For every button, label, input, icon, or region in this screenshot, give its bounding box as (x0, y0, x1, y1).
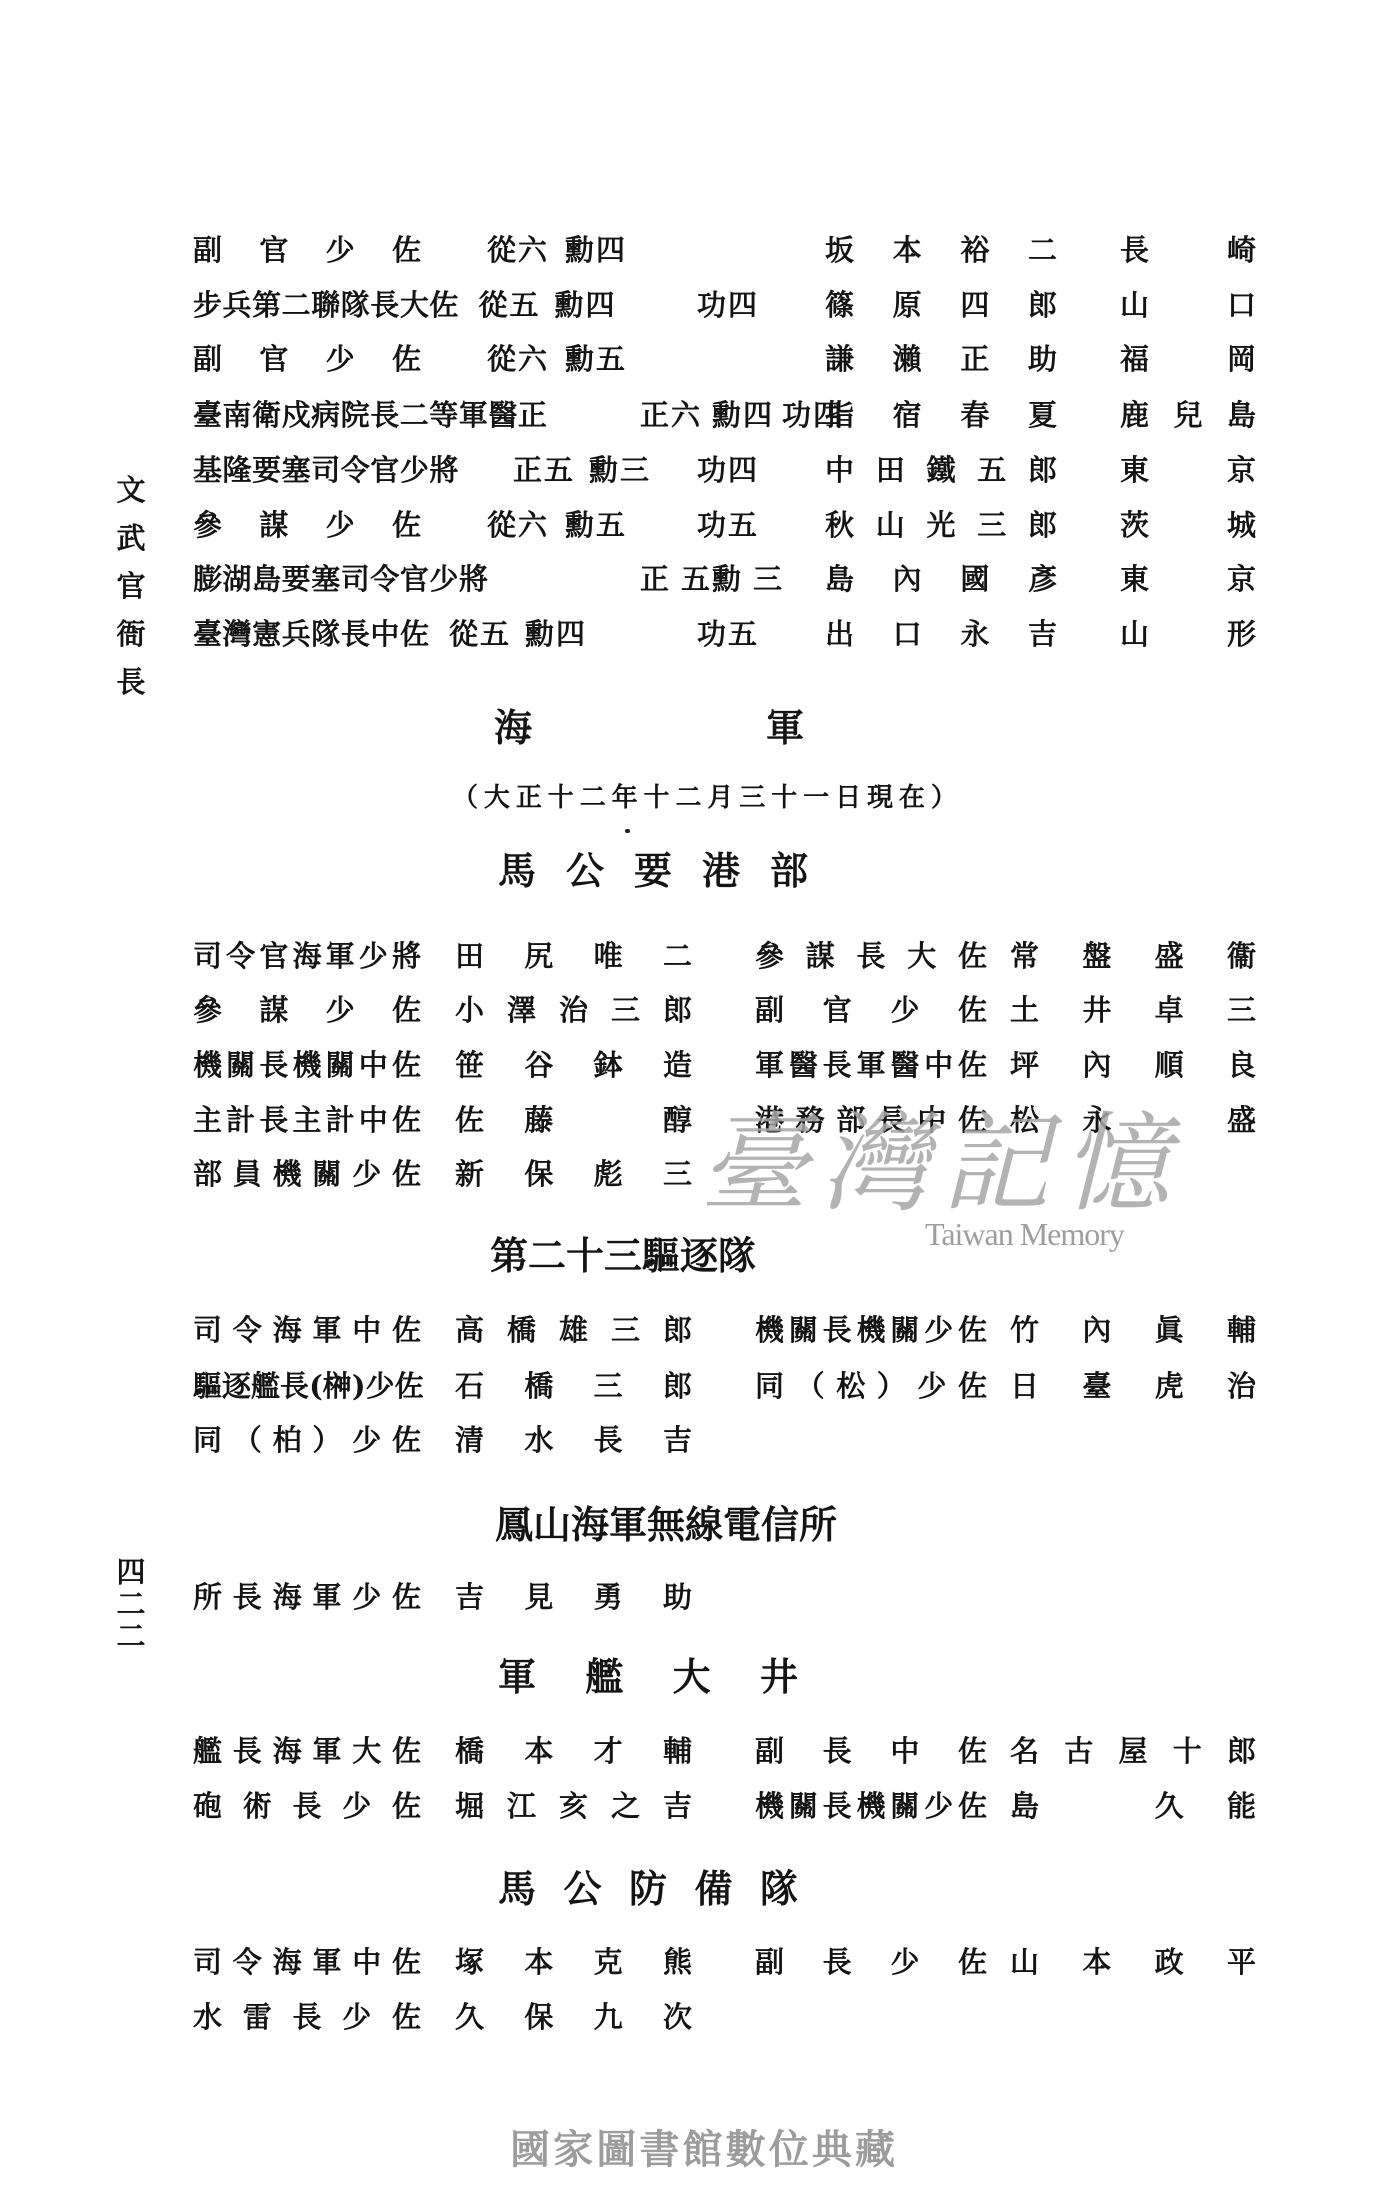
officer-name-char: 名 (1010, 1734, 1039, 1768)
officer-title-char: 謀 (259, 508, 288, 542)
officer-name-char: 熊 (663, 1945, 692, 1979)
home-prefecture-char: 崎 (1227, 233, 1256, 267)
officer-name-char: 佐 (455, 1103, 484, 1137)
officer-title-char: 灣 (223, 617, 252, 651)
officer-title-char: 關 (312, 1157, 341, 1191)
order-of-merit-char: 五 (596, 508, 625, 542)
officer-title-char: 將 (429, 453, 458, 487)
navy-officer-row: 機關長機關中佐笹谷鉢造軍醫長軍醫中佐坪內順良 (0, 1048, 1400, 1082)
officer-title-char: 佐 (392, 1789, 421, 1823)
officer-title: 參謀少佐 (193, 508, 421, 542)
officer-title-char: 軍 (312, 1734, 341, 1768)
page-number-char: 二 (116, 1620, 145, 1652)
officer-title-char: 計 (326, 1103, 355, 1137)
officer-name: 出口永吉 (825, 617, 1057, 651)
court-rank-char: 五 (480, 617, 509, 651)
officer-name-char: 助 (663, 1580, 692, 1614)
order-of-merit: 勳五 (565, 508, 625, 542)
officer-title-char: 長 (233, 1580, 262, 1614)
officer-title-char: 醫 (789, 1048, 818, 1082)
officer-name-char: 國 (960, 562, 989, 596)
order-of-merit-char: 四 (743, 398, 772, 432)
officer-title-char: 長 (259, 1103, 288, 1137)
navy-officer-row: 砲術長少佐堀江亥之吉機關長機關少佐島 久能 (0, 1789, 1400, 1823)
officer-title-char: 關 (789, 1313, 818, 1347)
officer-name: 篠原四郎 (825, 288, 1057, 322)
officer-title-char: 臺 (193, 617, 222, 651)
officer-name-char: 造 (663, 1048, 692, 1082)
officer-name-char: 保 (524, 2000, 553, 2034)
officer-title-char: 衛 (252, 398, 281, 432)
officer-title-char: 司 (193, 1313, 222, 1347)
officer-title-char: 長 (370, 398, 399, 432)
officer-name-char: 三 (977, 508, 1006, 542)
home-prefecture: 福岡 (1120, 342, 1256, 376)
officer-title-char: 中 (890, 1734, 919, 1768)
date-note-char: 二 (580, 781, 606, 815)
officer-title-char: 官 (259, 939, 288, 973)
golden-kite-merit-char: 五 (728, 617, 757, 651)
officer-name-char: 古 (1064, 1734, 1093, 1768)
army-officer-row: 基隆要塞司令官少將正五勳三功四中田鐵五郎東京 (0, 453, 1400, 487)
officer-name-char: 臺 (1082, 1369, 1111, 1403)
officer-title-char: 軍 (459, 398, 488, 432)
officer-name-char: 井 (1082, 993, 1111, 1027)
officer-name-char: 之 (611, 1789, 640, 1823)
officer-name: 竹內眞輔 (1010, 1313, 1256, 1347)
officer-name-char: 郎 (1028, 508, 1057, 542)
officer-title-char: 長 (292, 1789, 321, 1823)
officer-name-char: 內 (1082, 1048, 1111, 1082)
officer-name: 中田鐵五郎 (825, 453, 1057, 487)
officer-title-char: ( (309, 1369, 323, 1403)
officer-name-char: 良 (1227, 1048, 1256, 1082)
section-heading-char: 軍 (498, 1654, 536, 1700)
army-officer-row: 臺南衛戍病院長二等軍醫正正六勳四功四指宿春夏鹿兒島 (0, 398, 1400, 432)
army-officer-row: 步兵第二聯隊長大佐從五勳四功四篠原四郎山口 (0, 288, 1400, 322)
navy-officer-row: 驅逐艦長(榊)少佐石橋三郎同（松）少佐日臺虎治 (0, 1369, 1400, 1403)
order-of-merit-char: 勳 (565, 508, 594, 542)
officer-name-char: 正 (960, 342, 989, 376)
officer-title-char: 長 (341, 617, 370, 651)
officer-title-char: 大 (907, 939, 936, 973)
officer-name: 土井卓三 (1010, 993, 1256, 1027)
officer-title-char: 少 (326, 993, 355, 1027)
officer-name-char: 助 (1028, 342, 1057, 376)
officer-title-char: 軍 (326, 939, 355, 973)
officer-title-char: 佐 (392, 233, 421, 267)
officer-name-char: 島 (825, 562, 854, 596)
officer-name-char: 卓 (1155, 993, 1184, 1027)
officer-name-char: 四 (960, 288, 989, 322)
officer-title-char: 中 (359, 1103, 388, 1137)
section-heading-char: 要 (634, 848, 672, 894)
officer-name-char: 秋 (825, 508, 854, 542)
officer-name-char: 橋 (524, 1369, 553, 1403)
court-rank: 從六 (487, 233, 547, 267)
officer-name-char: 宿 (893, 398, 922, 432)
officer-title-char: 島 (252, 562, 281, 596)
officer-name-char: 次 (663, 2000, 692, 2034)
officer-name-char: 二 (1028, 233, 1057, 267)
officer-title-char: （ (796, 1369, 825, 1403)
order-of-merit-char: 勳 (565, 233, 594, 267)
officer-title: 機關長機關中佐 (193, 1048, 421, 1082)
navy-heading-char: 軍 (766, 705, 804, 751)
officer-name: 田尻唯二 (455, 939, 692, 973)
order-of-merit: 勳三 (712, 562, 782, 596)
golden-kite-merit: 功四 (697, 288, 757, 322)
officer-title-char: 少 (429, 562, 458, 596)
officer-title-char: 長 (292, 2000, 321, 2034)
court-rank: 從六 (487, 508, 547, 542)
officer-name-char: 眞 (1155, 1313, 1184, 1347)
officer-title-char: 佐 (958, 1369, 987, 1403)
officer-title-char: 令 (233, 1313, 262, 1347)
golden-kite-merit: 功五 (697, 508, 757, 542)
watermark-char: 灣 (821, 1100, 929, 1230)
officer-title-char: ） (312, 1423, 341, 1457)
navy-officer-row: 所長海軍少佐吉見勇助 (0, 1580, 1400, 1614)
navy-officer-row: 水雷長少佐久保九次 (0, 2000, 1400, 2034)
officer-name-char: 克 (594, 1945, 623, 1979)
officer-name-char: 石 (455, 1369, 484, 1403)
date-note-char: 正 (516, 781, 542, 815)
court-rank: 正六 (640, 398, 700, 432)
officer-title-char: 中 (924, 1048, 953, 1082)
officer-name: 島內國彥 (825, 562, 1057, 596)
officer-title-char: 長 (823, 1048, 852, 1082)
officer-title-char: 中 (370, 617, 399, 651)
officer-title-char: 官 (400, 562, 429, 596)
officer-title-char: 少 (326, 233, 355, 267)
officer-title-char: 將 (392, 939, 421, 973)
officer-title-char: 隊 (311, 617, 340, 651)
officer-name-char: 尻 (524, 939, 553, 973)
home-prefecture: 山口 (1120, 288, 1256, 322)
officer-title-char: （ (233, 1423, 262, 1457)
order-of-merit-char: 勳 (712, 562, 741, 596)
officer-title-char: 機 (856, 1313, 885, 1347)
officer-title: 驅逐艦長(榊)少佐 (193, 1369, 421, 1403)
officer-title-char: 佐 (429, 288, 458, 322)
officer-title-char: 軍 (856, 1048, 885, 1082)
order-of-merit: 勳四 (712, 398, 772, 432)
order-of-merit-char: 勳 (565, 342, 594, 376)
officer-title-char: 佐 (392, 1313, 421, 1347)
date-note-char: 十 (771, 781, 797, 815)
side-label-char: 長 (116, 658, 145, 706)
officer-title: 軍醫長軍醫中佐 (755, 1048, 987, 1082)
officer-name-char: 口 (893, 617, 922, 651)
officer-name-char (1082, 1789, 1111, 1823)
officer-name-char: 久 (455, 2000, 484, 2034)
date-note-char: 一 (803, 781, 829, 815)
officer-title: 機關長機關少佐 (755, 1313, 987, 1347)
officer-name-char: 出 (825, 617, 854, 651)
officer-title-char: 要 (282, 562, 311, 596)
officer-title-char: 塞 (282, 453, 311, 487)
officer-title: 砲術長少佐 (193, 1789, 421, 1823)
date-note-char: 現 (867, 781, 893, 815)
officer-title-char: 軍 (312, 1313, 341, 1347)
officer-name-char: 土 (1010, 993, 1039, 1027)
officer-name-char: 內 (1082, 1313, 1111, 1347)
officer-title-char: 膨 (193, 562, 222, 596)
officer-name-char: 日 (1010, 1369, 1039, 1403)
print-speck (625, 829, 630, 833)
officer-title-char: 憲 (252, 617, 281, 651)
officer-title-char: 部 (193, 1157, 222, 1191)
officer-title-char: 機 (755, 1313, 784, 1347)
officer-name-char: 三 (611, 993, 640, 1027)
officer-name-char: 鉢 (594, 1048, 623, 1082)
officer-name-char: 高 (455, 1313, 484, 1347)
officer-title: 同（松）少佐 (755, 1369, 987, 1403)
court-rank-char: 從 (487, 233, 516, 267)
officer-title-char: 副 (755, 1734, 784, 1768)
officer-title-char: 參 (193, 993, 222, 1027)
officer-name: 新保彪三 (455, 1157, 692, 1191)
officer-title-char: 少 (352, 1157, 381, 1191)
officer-title: 副長少佐 (755, 1945, 987, 1979)
home-prefecture-char: 山 (1120, 288, 1149, 322)
home-prefecture-char: 東 (1120, 562, 1149, 596)
officer-name: 堀江亥之吉 (455, 1789, 692, 1823)
home-prefecture-char: 岡 (1227, 342, 1256, 376)
officer-title-char: 少 (924, 1789, 953, 1823)
officer-title-char: 大 (400, 288, 429, 322)
officer-name-char: 郎 (663, 1369, 692, 1403)
army-officer-row: 臺灣憲兵隊長中佐從五勳四功五出口永吉山形 (0, 617, 1400, 651)
officer-name: 石橋三郎 (455, 1369, 692, 1403)
officer-title-char: 佐 (392, 993, 421, 1027)
home-prefecture-char: 兒 (1173, 398, 1202, 432)
section-heading: 第二十三驅逐隊 (490, 1233, 790, 1279)
officer-title-char: 少 (890, 993, 919, 1027)
officer-name-char: 塚 (455, 1945, 484, 1979)
officer-title-char: 將 (459, 562, 488, 596)
footer-char: 藏 (855, 2128, 895, 2172)
section-heading-char: 馬 (498, 1866, 536, 1912)
officer-name-char: 十 (1173, 1734, 1202, 1768)
officer-name-char: 郎 (663, 1313, 692, 1347)
officer-title-char: 術 (243, 1789, 272, 1823)
officer-name-char: 內 (893, 562, 922, 596)
officer-name-char: 衞 (1227, 939, 1256, 973)
officer-title-char: 戍 (282, 398, 311, 432)
officer-title-char: 所 (193, 1580, 222, 1614)
officer-name-char: 輔 (663, 1734, 692, 1768)
officer-title: 部員機關少佐 (193, 1157, 421, 1191)
officer-name-char: 橋 (507, 1313, 536, 1347)
officer-name-char: 常 (1010, 939, 1039, 973)
home-prefecture: 山形 (1120, 617, 1256, 651)
officer-name-char: 見 (524, 1580, 553, 1614)
officer-title: 司令海軍中佐 (193, 1313, 421, 1347)
navy-heading: 海 軍 (494, 705, 804, 751)
officer-title: 參謀長大佐 (755, 939, 987, 973)
section-heading-char: 大 (673, 1654, 711, 1700)
officer-name-char: 郎 (1028, 288, 1057, 322)
officer-title-char: 海 (273, 1580, 302, 1614)
golden-kite-merit-char: 四 (728, 453, 757, 487)
golden-kite-merit-char: 功 (697, 508, 726, 542)
officer-title-char: 軍 (312, 1580, 341, 1614)
navy-heading-char: 海 (494, 705, 532, 751)
officer-title: 主計長主計中佐 (193, 1103, 421, 1137)
officer-name-char: 小 (455, 993, 484, 1027)
date-note-char: 月 (707, 781, 733, 815)
footer-char: 家 (553, 2128, 593, 2172)
section-heading-char: 公 (563, 1866, 601, 1912)
officer-title-char: 佐 (958, 1734, 987, 1768)
officer-title-char: 司 (341, 562, 370, 596)
officer-title-char: 基 (193, 453, 222, 487)
taiwan-memory-watermark-english: Taiwan Memory (925, 1216, 1124, 1253)
officer-title-char: 少 (342, 1789, 371, 1823)
officer-title-char: 佐 (958, 1789, 987, 1823)
officer-name-char: 山 (1010, 1945, 1039, 1979)
officer-title-char: 長 (823, 1734, 852, 1768)
officer-title-char: 少 (366, 1369, 395, 1403)
officer-title-char: 松 (836, 1369, 865, 1403)
officer-name-char: 三 (611, 1313, 640, 1347)
officer-title-char: 長 (233, 1734, 262, 1768)
home-prefecture-char: 山 (1120, 617, 1149, 651)
order-of-merit-char: 四 (596, 233, 625, 267)
navy-officer-row: 艦長海軍大佐橋本才輔副長中佐名古屋十郎 (0, 1734, 1400, 1768)
home-prefecture-char: 口 (1227, 288, 1256, 322)
officer-name-char: 勇 (594, 1580, 623, 1614)
officer-title-char: 官 (370, 453, 399, 487)
officer-title-char: 少 (359, 939, 388, 973)
officer-name-char: 澤 (507, 993, 536, 1027)
officer-title-char: 佐 (395, 1369, 424, 1403)
navy-officer-row: 司令海軍中佐塚本克熊副長少佐山本政平 (0, 1945, 1400, 1979)
officer-name-char: 橋 (455, 1734, 484, 1768)
officer-title-char: 佐 (392, 1580, 421, 1614)
officer-title-char: 關 (326, 1048, 355, 1082)
officer-name-char: 九 (594, 2000, 623, 2034)
officer-name-char: 平 (1227, 1945, 1256, 1979)
officer-name-char: 盛 (1227, 1103, 1256, 1137)
footer-char: 數 (726, 2128, 766, 2172)
officer-title: 機關長機關少佐 (755, 1789, 987, 1823)
officer-name-char: 才 (594, 1734, 623, 1768)
section-heading: 鳳山海軍無線電信所 (495, 1502, 890, 1548)
officer-name-char: 本 (524, 1734, 553, 1768)
order-of-merit-char: 勳 (555, 288, 584, 322)
officer-title-char: 佐 (958, 993, 987, 1027)
golden-kite-merit: 功五 (697, 617, 757, 651)
officer-title: 同（柏）少佐 (193, 1423, 421, 1457)
officer-title-char: 副 (755, 993, 784, 1027)
golden-kite-merit-char: 五 (728, 508, 757, 542)
officer-title-char: 佐 (392, 2000, 421, 2034)
officer-name: 日臺虎治 (1010, 1369, 1256, 1403)
officer-name-char: 田 (455, 939, 484, 973)
officer-title-char: 機 (292, 1048, 321, 1082)
court-rank-char: 從 (479, 288, 508, 322)
officer-title-char: 少 (400, 453, 429, 487)
officer-title-char: 佐 (392, 1423, 421, 1457)
officer-title-char: 海 (273, 1313, 302, 1347)
section-heading-char: 防 (629, 1866, 667, 1912)
date-note-char: （ (452, 781, 478, 815)
officer-name: 清水長吉 (455, 1423, 692, 1457)
officer-title-char: 同 (193, 1423, 222, 1457)
home-prefecture-char: 東 (1120, 453, 1149, 487)
officer-name: 橋本才輔 (455, 1734, 692, 1768)
home-prefecture: 茨城 (1120, 508, 1256, 542)
date-note-char: ） (931, 781, 957, 815)
date-note-char: 三 (739, 781, 765, 815)
order-of-merit-char: 勳 (525, 617, 554, 651)
officer-title: 所長海軍少佐 (193, 1580, 421, 1614)
officer-title-char: 令 (370, 562, 399, 596)
officer-name-char: 笹 (455, 1048, 484, 1082)
officer-name-char: 保 (524, 1157, 553, 1191)
court-rank: 從五 (449, 617, 509, 651)
officer-name-char: 清 (455, 1423, 484, 1457)
officer-title-char: 隆 (223, 453, 252, 487)
army-officer-row: 參謀少佐從六勳五功五秋山光三郎茨城 (0, 508, 1400, 542)
officer-name-char: 田 (876, 453, 905, 487)
officer-title-char: 長 (370, 288, 399, 322)
officer-title-char: 要 (252, 453, 281, 487)
officer-name-char: 中 (825, 453, 854, 487)
officer-name-char: 篠 (825, 288, 854, 322)
officer-name-char: 虎 (1155, 1369, 1184, 1403)
court-rank-char: 五 (544, 453, 573, 487)
officer-title-char: 軍 (312, 1945, 341, 1979)
army-officer-row: 副官少佐從六勳五謙瀨正助福岡 (0, 342, 1400, 376)
watermark-char: 記 (941, 1100, 1049, 1230)
officer-title-char: 兵 (223, 288, 252, 322)
court-rank-char: 從 (449, 617, 478, 651)
officer-name: 謙瀨正助 (825, 342, 1057, 376)
court-rank: 從六 (487, 342, 547, 376)
officer-title-char: 令 (341, 453, 370, 487)
officer-title: 水雷長少佐 (193, 2000, 421, 2034)
officer-name-char: 治 (1227, 1369, 1256, 1403)
officer-title-char: 官 (259, 342, 288, 376)
date-note-char: 在 (899, 781, 925, 815)
officer-title-char: 正 (518, 398, 547, 432)
footer-char: 典 (812, 2128, 852, 2172)
officer-name: 高橋雄三郎 (455, 1313, 692, 1347)
court-rank-char: 正 (513, 453, 542, 487)
officer-title-char: 副 (755, 1945, 784, 1979)
officer-name-char: 久 (1155, 1789, 1184, 1823)
footer-char: 位 (769, 2128, 809, 2172)
court-rank-char: 正 (640, 562, 669, 596)
home-prefecture-char: 福 (1120, 342, 1149, 376)
home-prefecture-char: 京 (1227, 562, 1256, 596)
officer-title-char: 塞 (311, 562, 340, 596)
order-of-merit: 勳三 (589, 453, 649, 487)
officer-title-char: 第 (252, 288, 281, 322)
army-officer-row: 副官少佐從六勳四坂本裕二長崎 (0, 233, 1400, 267)
officer-title-char: 員 (233, 1157, 262, 1191)
officer-name: 塚本克熊 (455, 1945, 692, 1979)
officer-name-char: 竹 (1010, 1313, 1039, 1347)
order-of-merit-char: 三 (753, 562, 782, 596)
officer-title-char: 中 (352, 1945, 381, 1979)
officer-title-char: 少 (352, 1580, 381, 1614)
officer-name-char: 吉 (663, 1423, 692, 1457)
